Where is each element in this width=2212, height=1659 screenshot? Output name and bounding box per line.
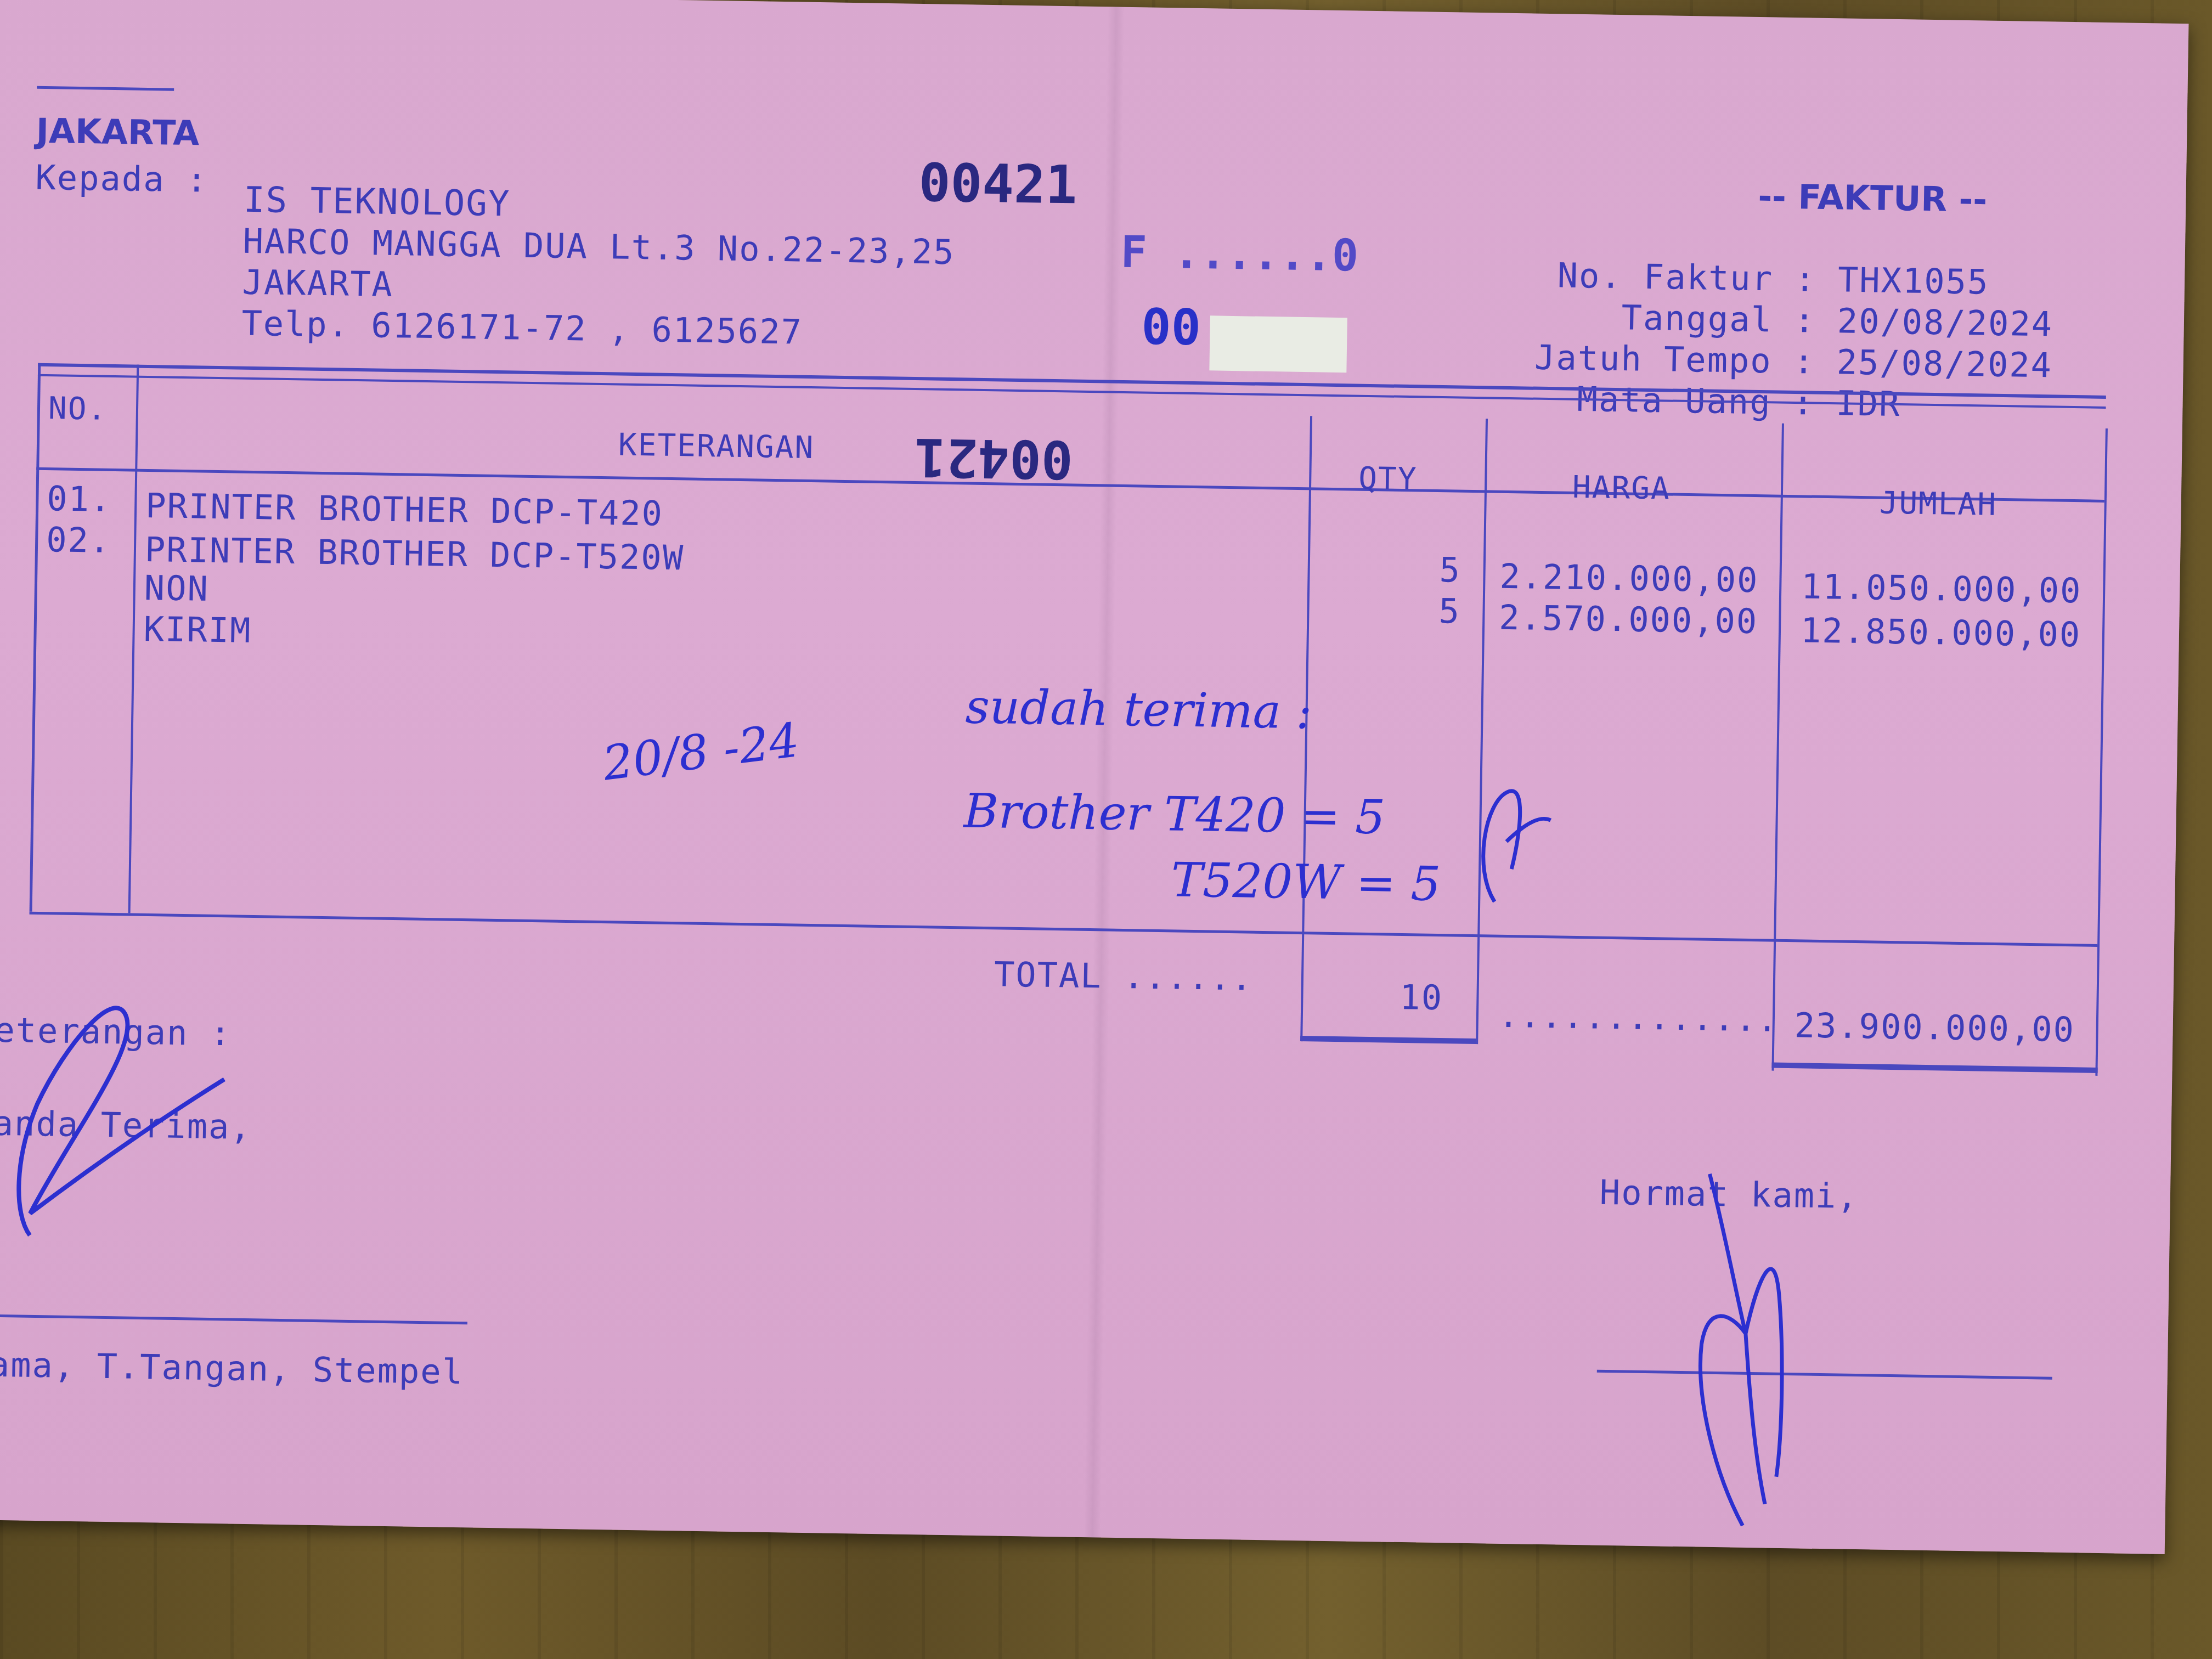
partial-stamp-top: F ......0	[1120, 227, 1359, 281]
note-kirim: KIRIM	[143, 609, 252, 651]
row-description: PRINTER BROTHER DCP-T520W	[144, 529, 684, 578]
col-border-right	[2095, 428, 2108, 1076]
row-description: PRINTER BROTHER DCP-T420	[145, 486, 664, 534]
receiver-signature-icon	[0, 994, 247, 1261]
col-header-harga: HARGA	[1572, 470, 1671, 507]
handwritten-t420-count: Brother T420 = 5	[963, 783, 1386, 845]
total-amount: 23.900.000,00	[1794, 1005, 2075, 1049]
total-dots: .............	[1498, 995, 1779, 1040]
row-qty: 5	[1438, 591, 1460, 631]
col-header-qty: QTY	[1358, 461, 1418, 498]
redaction-patch	[1209, 315, 1347, 373]
col-border-left	[30, 363, 41, 912]
handwritten-received-note: sudah terima :	[965, 679, 1312, 740]
row-no: 01.	[47, 478, 112, 520]
recipient-phone: Telp. 6126171-72 , 6125627	[241, 303, 803, 352]
handwritten-initials-icon	[1462, 759, 1562, 914]
row-qty: 5	[1439, 550, 1461, 590]
col-border-qty	[1476, 419, 1488, 1044]
row-no: 02.	[46, 520, 111, 561]
col-header-keterangan: KETERANGAN	[618, 427, 815, 466]
col-header-jumlah: JUMLAH	[1879, 486, 1997, 523]
recipient-name: IS TEKNOLOGY	[243, 180, 510, 225]
top-rule	[37, 86, 174, 91]
issuer-signature-icon	[1682, 1168, 1830, 1532]
handwritten-date: 20/8 -24	[600, 713, 803, 792]
col-border-harga	[1771, 424, 1784, 1071]
signature-caption: Nama, T.Tangan, Stempel	[0, 1344, 464, 1392]
row-price: 2.210.000,00	[1499, 556, 1759, 600]
document-title: -- FAKTUR --	[1758, 176, 1988, 220]
col-border-no	[128, 365, 139, 913]
company-city: JAKARTA	[36, 111, 200, 154]
invoice-paper: JAKARTA Kepada : IS TEKNOLOGY HARCO MANG…	[0, 0, 2189, 1554]
paper-fold	[1084, 7, 1125, 1537]
total-label: TOTAL ......	[994, 954, 1253, 998]
row-amount: 12.850.000,00	[1800, 610, 2081, 654]
amount-total-underline	[1772, 1063, 2098, 1073]
row-amount: 11.050.000,00	[1801, 566, 2082, 611]
qty-total-underline	[1300, 1036, 1476, 1044]
recipient-city: JAKARTA	[242, 262, 393, 304]
kepada-label: Kepada :	[35, 157, 208, 200]
partial-stamp-bottom: 00	[1141, 298, 1201, 357]
invoice-serial-stamp-inverted: 00421	[914, 426, 1074, 490]
handwritten-t520w-count: T520W = 5	[1171, 853, 1441, 912]
row-price: 2.570.000,00	[1499, 597, 1758, 641]
col-header-no: NO.	[48, 391, 107, 427]
invoice-serial-stamp: 00421	[918, 152, 1078, 216]
table-body-bottom	[30, 912, 2098, 947]
note-non: NON	[144, 568, 209, 609]
signature-line-left	[0, 1314, 467, 1325]
total-qty: 10	[1400, 977, 1443, 1018]
